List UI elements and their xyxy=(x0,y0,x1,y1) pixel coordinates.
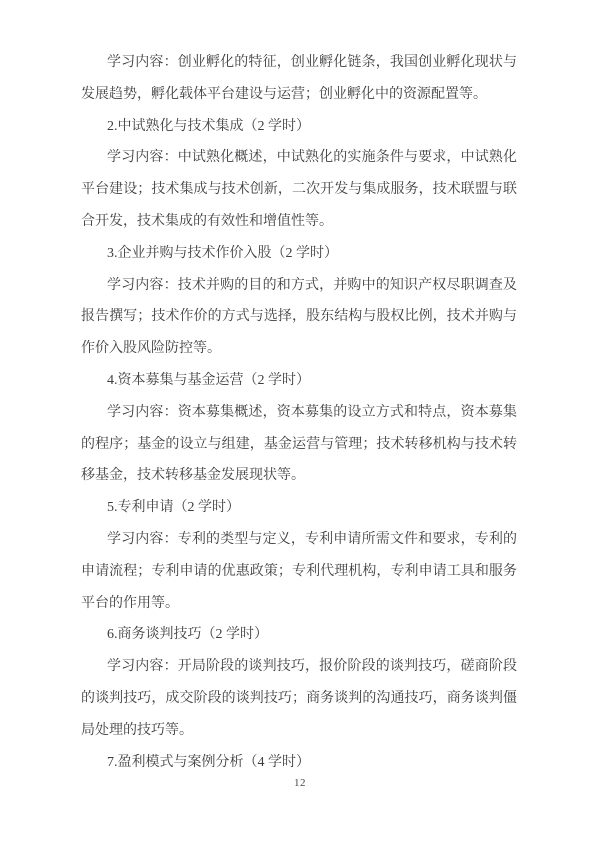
section-heading: 6.商务谈判技巧（2 学时） xyxy=(81,619,517,651)
paragraph: 学习内容：创业孵化的特征，创业孵化链条，我国创业孵化现状与发展趋势，孵化载体平台… xyxy=(81,47,517,111)
paragraph: 学习内容：开局阶段的谈判技巧，报价阶段的谈判技巧，磋商阶段的谈判技巧，成交阶段的… xyxy=(81,651,517,746)
document-page: 学习内容：创业孵化的特征，创业孵化链条，我国创业孵化现状与发展趋势，孵化载体平台… xyxy=(0,0,600,848)
section-heading: 7.盈利模式与案例分析（4 学时） xyxy=(81,747,517,779)
paragraph: 学习内容：技术并购的目的和方式，并购中的知识产权尽职调查及报告撰写；技术作价的方… xyxy=(81,270,517,365)
section-heading: 5.专利申请（2 学时） xyxy=(81,492,517,524)
paragraph: 学习内容：资本募集概述，资本募集的设立方式和特点，资本募集的程序；基金的设立与组… xyxy=(81,397,517,492)
page-number: 12 xyxy=(0,776,600,790)
section-heading: 2.中试熟化与技术集成（2 学时） xyxy=(81,111,517,143)
section-heading: 3.企业并购与技术作价入股（2 学时） xyxy=(81,238,517,270)
paragraph: 学习内容：中试熟化概述，中试熟化的实施条件与要求，中试熟化平台建设；技术集成与技… xyxy=(81,142,517,237)
page-body: 学习内容：创业孵化的特征，创业孵化链条，我国创业孵化现状与发展趋势，孵化载体平台… xyxy=(81,47,517,778)
paragraph: 学习内容：专利的类型与定义，专利申请所需文件和要求，专利的申请流程；专利申请的优… xyxy=(81,524,517,619)
section-heading: 4.资本募集与基金运营（2 学时） xyxy=(81,365,517,397)
